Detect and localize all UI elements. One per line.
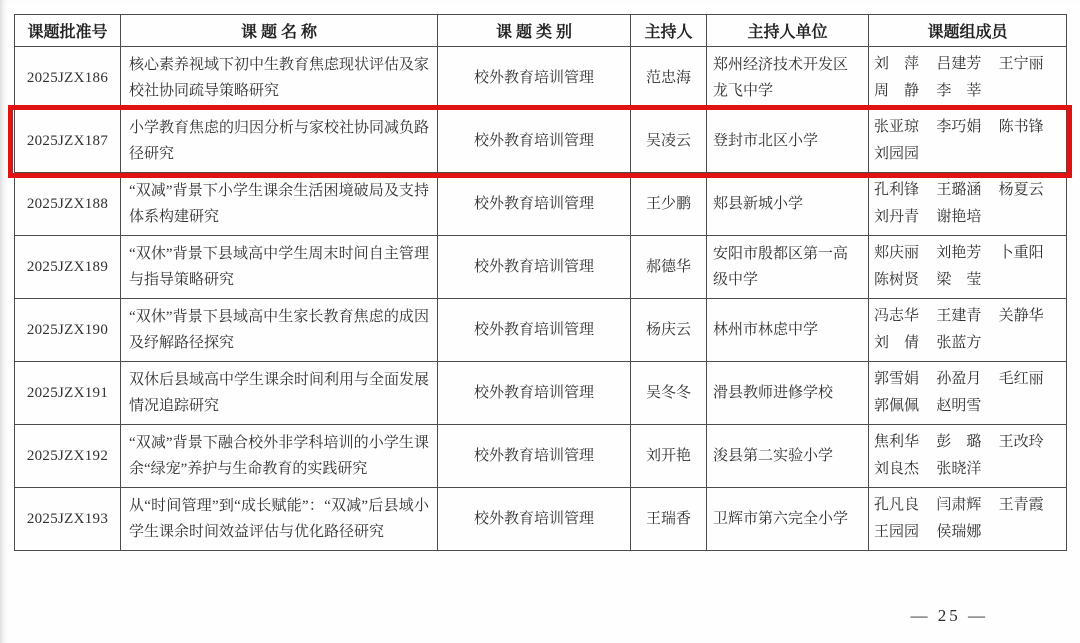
leader-unit-cell: 郑州经济技术开发区龙飞中学 [707, 47, 869, 110]
leader-cell: 杨庆云 [631, 299, 707, 362]
member-name: 陈书锋 [999, 114, 1061, 141]
member-name: 赵明雪 [936, 393, 998, 420]
leader-cell: 吴凌云 [631, 110, 707, 173]
category-cell: 校外教育培训管理 [438, 47, 631, 110]
members-cell: 郏庆丽刘艳芳卜重阳陈树贤梁 莹 [869, 236, 1067, 299]
column-header-2: 课 题 类 别 [438, 15, 631, 47]
members-list: 孔凡良闫肃辉王青霞王园园侯瑞娜 [874, 492, 1061, 546]
project-title-cell: “双减”背景下小学生课余生活困境破局及支持体系构建研究 [121, 173, 438, 236]
member-name: 周 静 [874, 78, 936, 105]
leader-unit-cell: 林州市林虑中学 [707, 299, 869, 362]
member-name: 李巧娟 [936, 114, 998, 141]
category-cell: 校外教育培训管理 [438, 173, 631, 236]
table-row: 2025JZX192“双减”背景下融合校外非学科培训的小学生课余“绿宠”养护与生… [15, 425, 1067, 488]
member-name: 卜重阳 [999, 240, 1061, 267]
member-name: 王园园 [874, 519, 936, 546]
leader-unit-cell: 滑县教师进修学校 [707, 362, 869, 425]
member-name: 王宁丽 [999, 51, 1061, 78]
member-name: 关静华 [999, 303, 1061, 330]
column-header-1: 课 题 名 称 [121, 15, 438, 47]
member-name: 王璐涵 [936, 177, 998, 204]
column-header-3: 主持人 [631, 15, 707, 47]
category-cell: 校外教育培训管理 [438, 299, 631, 362]
member-name: 郭雪娟 [874, 366, 936, 393]
project-title-cell: 从“时间管理”到“成长赋能”：“双减”后县域小学生课余时间效益评估与优化路径研究 [121, 488, 438, 551]
leader-cell: 王瑞香 [631, 488, 707, 551]
category-cell: 校外教育培训管理 [438, 362, 631, 425]
leader-unit-cell: 郏县新城小学 [707, 173, 869, 236]
members-list: 郭雪娟孙盈月毛红丽郭佩佩赵明雪 [874, 366, 1061, 420]
page-number: — 25 — [911, 606, 989, 626]
header-row: 课题批准号课 题 名 称课 题 类 别主持人主持人单位课题组成员 [15, 15, 1067, 47]
member-name: 刘丹青 [874, 204, 936, 231]
table-row: 2025JZX193从“时间管理”到“成长赋能”：“双减”后县域小学生课余时间效… [15, 488, 1067, 551]
member-name: 郭佩佩 [874, 393, 936, 420]
table-row: 2025JZX191双休后县域高中学生课余时间利用与全面发展情况追踪研究校外教育… [15, 362, 1067, 425]
leader-cell: 吴冬冬 [631, 362, 707, 425]
member-name: 吕建芳 [936, 51, 998, 78]
member-name: 杨夏云 [999, 177, 1061, 204]
members-cell: 冯志华王建青关静华刘 倩张蓝方 [869, 299, 1067, 362]
member-name: 谢艳培 [936, 204, 998, 231]
approval-number-cell: 2025JZX189 [15, 236, 121, 299]
member-name: 孔利锋 [874, 177, 936, 204]
members-cell: 郭雪娟孙盈月毛红丽郭佩佩赵明雪 [869, 362, 1067, 425]
table-body: 2025JZX186核心素养视域下初中生教育焦虑现状评估及家校社协同疏导策略研究… [15, 47, 1067, 551]
member-name: 冯志华 [874, 303, 936, 330]
member-name: 刘艳芳 [936, 240, 998, 267]
members-cell: 孔凡良闫肃辉王青霞王园园侯瑞娜 [869, 488, 1067, 551]
member-name: 郏庆丽 [874, 240, 936, 267]
member-name: 王改玲 [999, 429, 1061, 456]
category-cell: 校外教育培训管理 [438, 488, 631, 551]
table-row: 2025JZX186核心素养视域下初中生教育焦虑现状评估及家校社协同疏导策略研究… [15, 47, 1067, 110]
member-name: 刘园园 [874, 141, 936, 168]
member-name: 王建青 [936, 303, 998, 330]
member-name: 闫肃辉 [936, 492, 998, 519]
members-cell: 张亚琼李巧娟陈书锋刘园园 [869, 110, 1067, 173]
member-name: 焦利华 [874, 429, 936, 456]
member-name: 孔凡良 [874, 492, 936, 519]
table-row: 2025JZX189“双休”背景下县域高中学生周末时间自主管理与指导策略研究校外… [15, 236, 1067, 299]
column-header-4: 主持人单位 [707, 15, 869, 47]
approval-number-cell: 2025JZX187 [15, 110, 121, 173]
member-name: 张蓝方 [936, 330, 998, 357]
leader-unit-cell: 浚县第二实验小学 [707, 425, 869, 488]
leader-cell: 郝德华 [631, 236, 707, 299]
members-list: 孔利锋王璐涵杨夏云刘丹青谢艳培 [874, 177, 1061, 231]
table-row: 2025JZX188“双减”背景下小学生课余生活困境破局及支持体系构建研究校外教… [15, 173, 1067, 236]
approval-number-cell: 2025JZX188 [15, 173, 121, 236]
project-title-cell: 小学教育焦虑的归因分析与家校社协同减负路径研究 [121, 110, 438, 173]
members-list: 焦利华彭 璐王改玲刘良杰张晓洋 [874, 429, 1061, 483]
member-name: 侯瑞娜 [936, 519, 998, 546]
members-cell: 刘 萍吕建芳王宁丽周 静李 莘 [869, 47, 1067, 110]
members-list: 冯志华王建青关静华刘 倩张蓝方 [874, 303, 1061, 357]
member-name: 彭 璐 [936, 429, 998, 456]
leader-cell: 刘开艳 [631, 425, 707, 488]
member-name: 梁 莹 [936, 267, 998, 294]
column-header-5: 课题组成员 [869, 15, 1067, 47]
member-name: 张亚琼 [874, 114, 936, 141]
member-name: 刘良杰 [874, 456, 936, 483]
members-list: 刘 萍吕建芳王宁丽周 静李 莘 [874, 51, 1061, 105]
members-cell: 孔利锋王璐涵杨夏云刘丹青谢艳培 [869, 173, 1067, 236]
leader-unit-cell: 安阳市殷都区第一高级中学 [707, 236, 869, 299]
leader-unit-cell: 卫辉市第六完全小学 [707, 488, 869, 551]
category-cell: 校外教育培训管理 [438, 110, 631, 173]
category-cell: 校外教育培训管理 [438, 425, 631, 488]
leader-cell: 范忠海 [631, 47, 707, 110]
project-title-cell: 双休后县域高中学生课余时间利用与全面发展情况追踪研究 [121, 362, 438, 425]
table-row: 2025JZX190“双休”背景下县域高中生家长教育焦虑的成因及纾解路径探究校外… [15, 299, 1067, 362]
project-title-cell: “双减”背景下融合校外非学科培训的小学生课余“绿宠”养护与生命教育的实践研究 [121, 425, 438, 488]
approval-number-cell: 2025JZX191 [15, 362, 121, 425]
approval-number-cell: 2025JZX190 [15, 299, 121, 362]
approval-number-cell: 2025JZX192 [15, 425, 121, 488]
project-title-cell: “双休”背景下县域高中学生周末时间自主管理与指导策略研究 [121, 236, 438, 299]
column-header-0: 课题批准号 [15, 15, 121, 47]
member-name: 李 莘 [936, 78, 998, 105]
leader-unit-cell: 登封市北区小学 [707, 110, 869, 173]
member-name: 刘 萍 [874, 51, 936, 78]
member-name: 孙盈月 [936, 366, 998, 393]
member-name: 刘 倩 [874, 330, 936, 357]
document-page: 课题批准号课 题 名 称课 题 类 别主持人主持人单位课题组成员 2025JZX… [0, 0, 1080, 643]
category-cell: 校外教育培训管理 [438, 236, 631, 299]
approval-number-cell: 2025JZX193 [15, 488, 121, 551]
member-name: 张晓洋 [936, 456, 998, 483]
project-title-cell: 核心素养视域下初中生教育焦虑现状评估及家校社协同疏导策略研究 [121, 47, 438, 110]
members-cell: 焦利华彭 璐王改玲刘良杰张晓洋 [869, 425, 1067, 488]
member-name: 陈树贤 [874, 267, 936, 294]
table-row: 2025JZX187小学教育焦虑的归因分析与家校社协同减负路径研究校外教育培训管… [15, 110, 1067, 173]
leader-cell: 王少鹏 [631, 173, 707, 236]
members-list: 张亚琼李巧娟陈书锋刘园园 [874, 114, 1061, 168]
projects-table: 课题批准号课 题 名 称课 题 类 别主持人主持人单位课题组成员 2025JZX… [14, 14, 1067, 551]
member-name: 王青霞 [999, 492, 1061, 519]
approval-number-cell: 2025JZX186 [15, 47, 121, 110]
members-list: 郏庆丽刘艳芳卜重阳陈树贤梁 莹 [874, 240, 1061, 294]
member-name: 毛红丽 [999, 366, 1061, 393]
project-title-cell: “双休”背景下县域高中生家长教育焦虑的成因及纾解路径探究 [121, 299, 438, 362]
